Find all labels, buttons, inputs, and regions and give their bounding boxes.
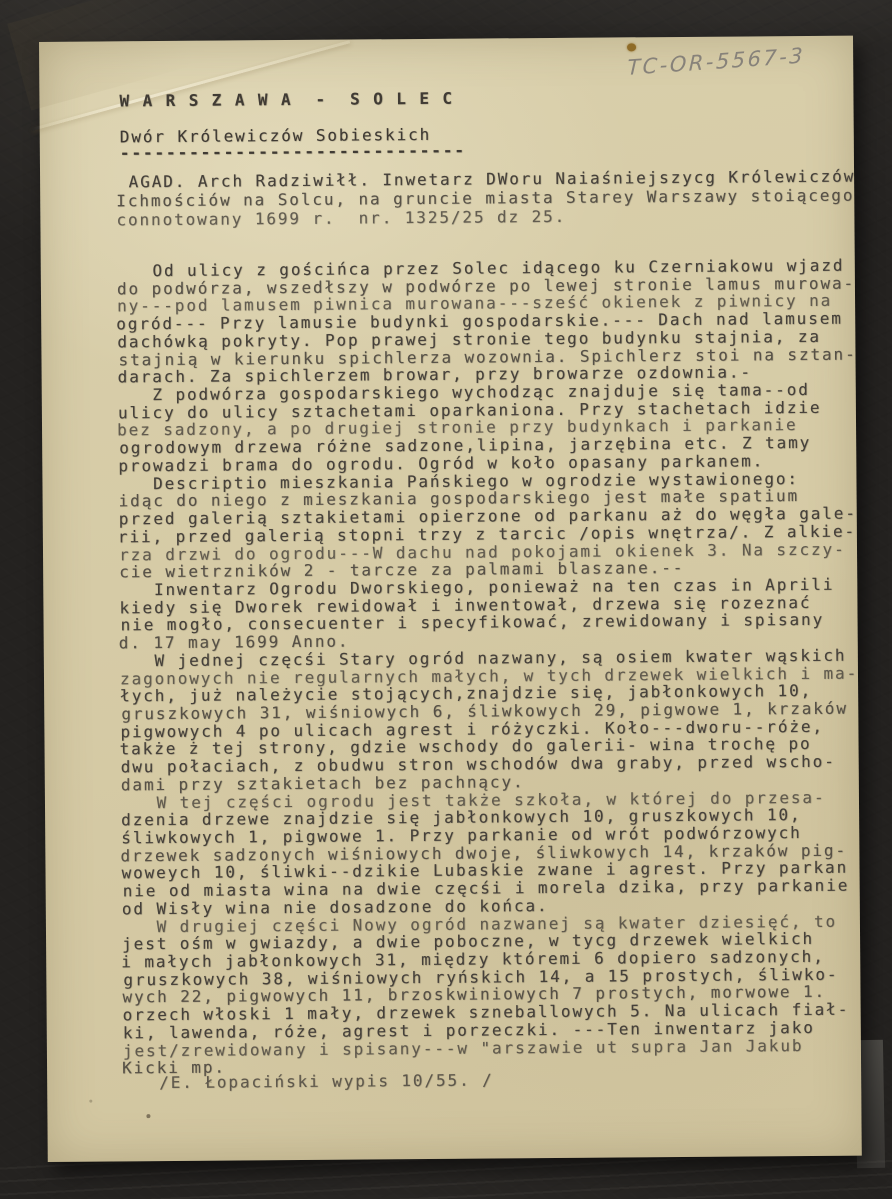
archive-reference-text: AGAD. Arch Radziwiłł. Inwetarz DWoru Nai… [116,167,855,230]
transcriber-note: /E. Łopaciński wypis 10/55. / [159,1070,494,1092]
document-paper: TC-OR-5567-3 W A R S Z A W A - S O L E C… [39,36,862,1162]
scan-photo: { "colors": { "background_leather": "#24… [0,0,892,1199]
document-title: W A R S Z A W A - S O L E C [119,89,454,111]
leather-wrinkles [0,1158,892,1199]
subtitle-dashed-underline: ------------------------------ [120,141,466,163]
ink-stain-dot [627,43,636,51]
archive-shelfmark-pencil: TC-OR-5567-3 [627,43,806,79]
body-text: Od ulicy z gościńca przez Solec idącego … [117,257,861,1078]
paper-speck [146,1114,150,1118]
paper-speck [89,1100,92,1103]
